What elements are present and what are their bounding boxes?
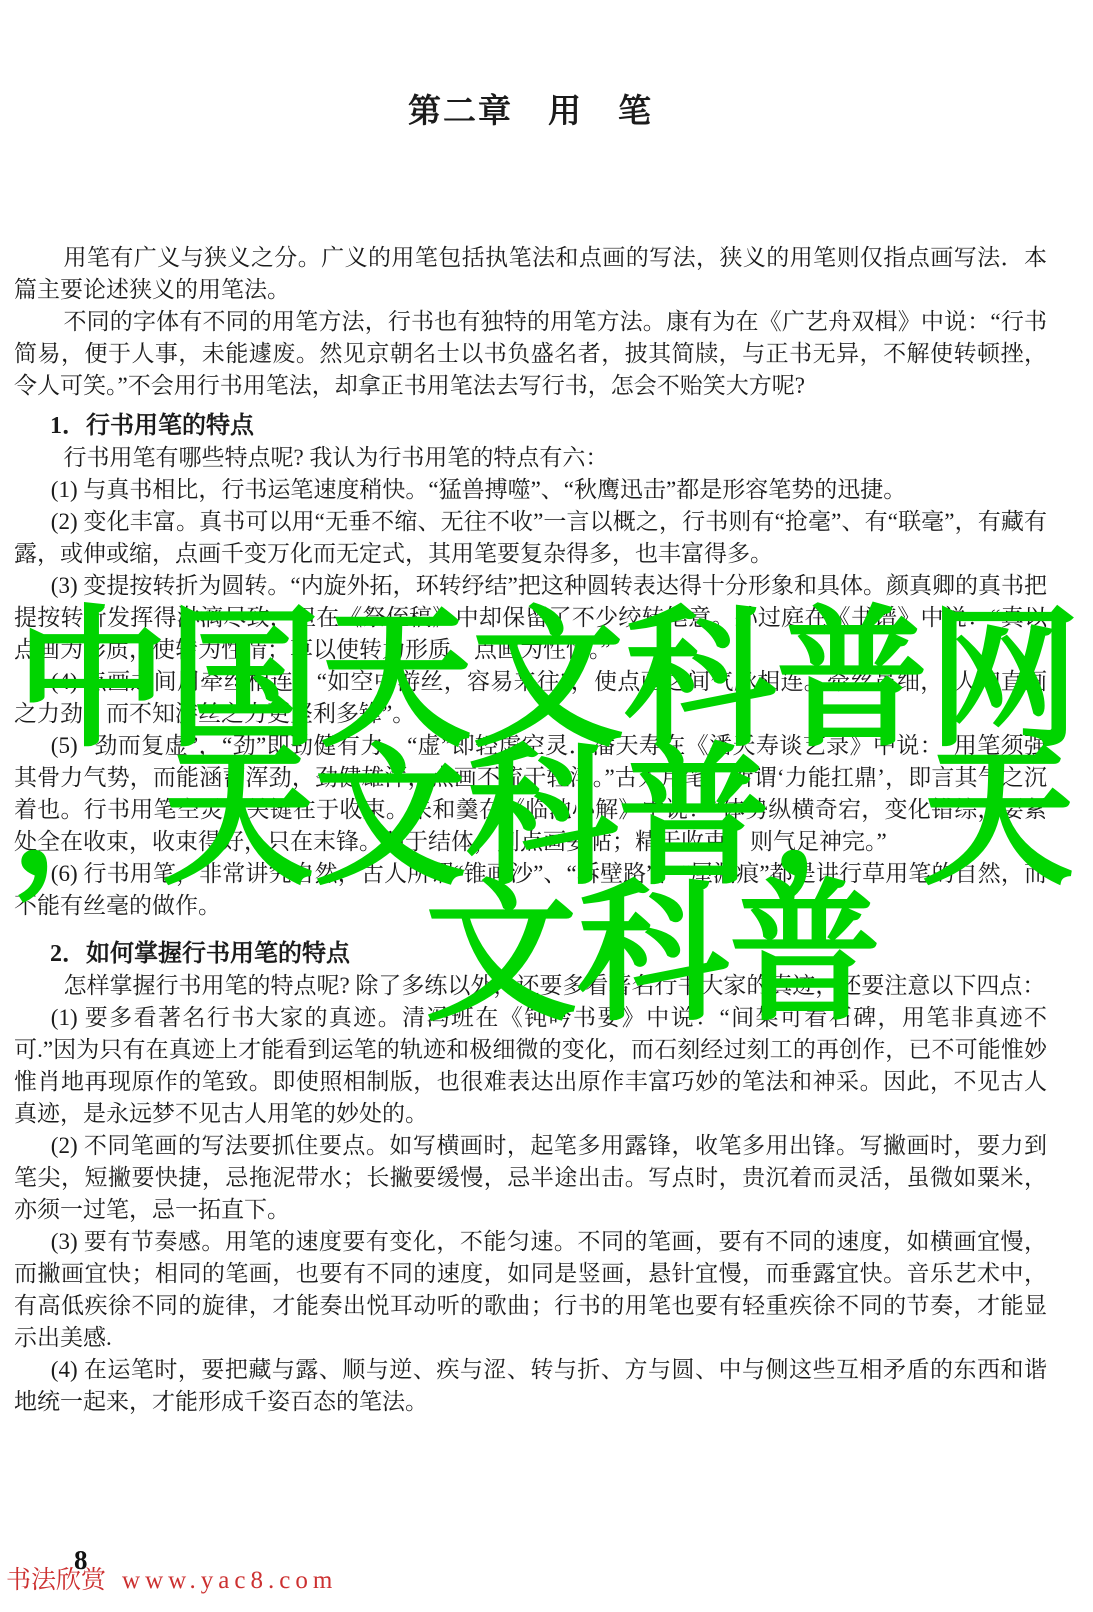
intro-paragraph: 不同的字体有不同的用笔方法，行书也有独特的用笔方法。康有为在《广艺舟双楫》中说：… (14, 306, 1047, 402)
section2-item-3: (3) 要有节奏感。用笔的速度要有变化，不能匀速。不同的笔画，要有不同的速度，如… (14, 1226, 1047, 1354)
section1-heading: 1．行书用笔的特点 (14, 410, 1047, 442)
footer-site-url: www.yac8.com (122, 1567, 337, 1594)
footer-site-label: 书法欣赏 (6, 1567, 106, 1594)
section1-item-2: (2) 变化丰富。真书可以用“无垂不缩、无往不收”一言以概之，行书则有“抢毫”、… (14, 506, 1047, 570)
section2-item-4: (4) 在运笔时，要把藏与露、顺与逆、疾与涩、转与折、方与圆、中与侧这些互相矛盾… (14, 1354, 1047, 1418)
section1-item-1: (1) 与真书相比，行书运笔速度稍快。“猛兽搏噬”、“秋鹰迅击”都是形容笔势的迅… (14, 474, 1047, 506)
scanned-book-page: 第二章 用 笔 用笔有广义与狭义之分。广义的用笔包括执笔法和点画的写法，狭义的用… (0, 0, 1093, 1612)
section1-lead: 行书用笔有哪些特点呢? 我认为行书用笔的特点有六： (14, 442, 1047, 474)
section2-item-2: (2) 不同笔画的写法要抓住要点。如写横画时，起笔多用露锋，收笔多用出锋。写撇画… (14, 1130, 1047, 1226)
intro-paragraph: 用笔有广义与狭义之分。广义的用笔包括执笔法和点画的写法，狭义的用笔则仅指点画写法… (14, 242, 1047, 306)
footer-site-watermark: 书法欣赏www.yac8.com (6, 1560, 337, 1596)
green-site-watermark-line3: 文科普 (425, 878, 881, 1030)
page-number: 8 (74, 1545, 88, 1576)
chapter-title: 第二章 用 笔 (14, 90, 1047, 134)
